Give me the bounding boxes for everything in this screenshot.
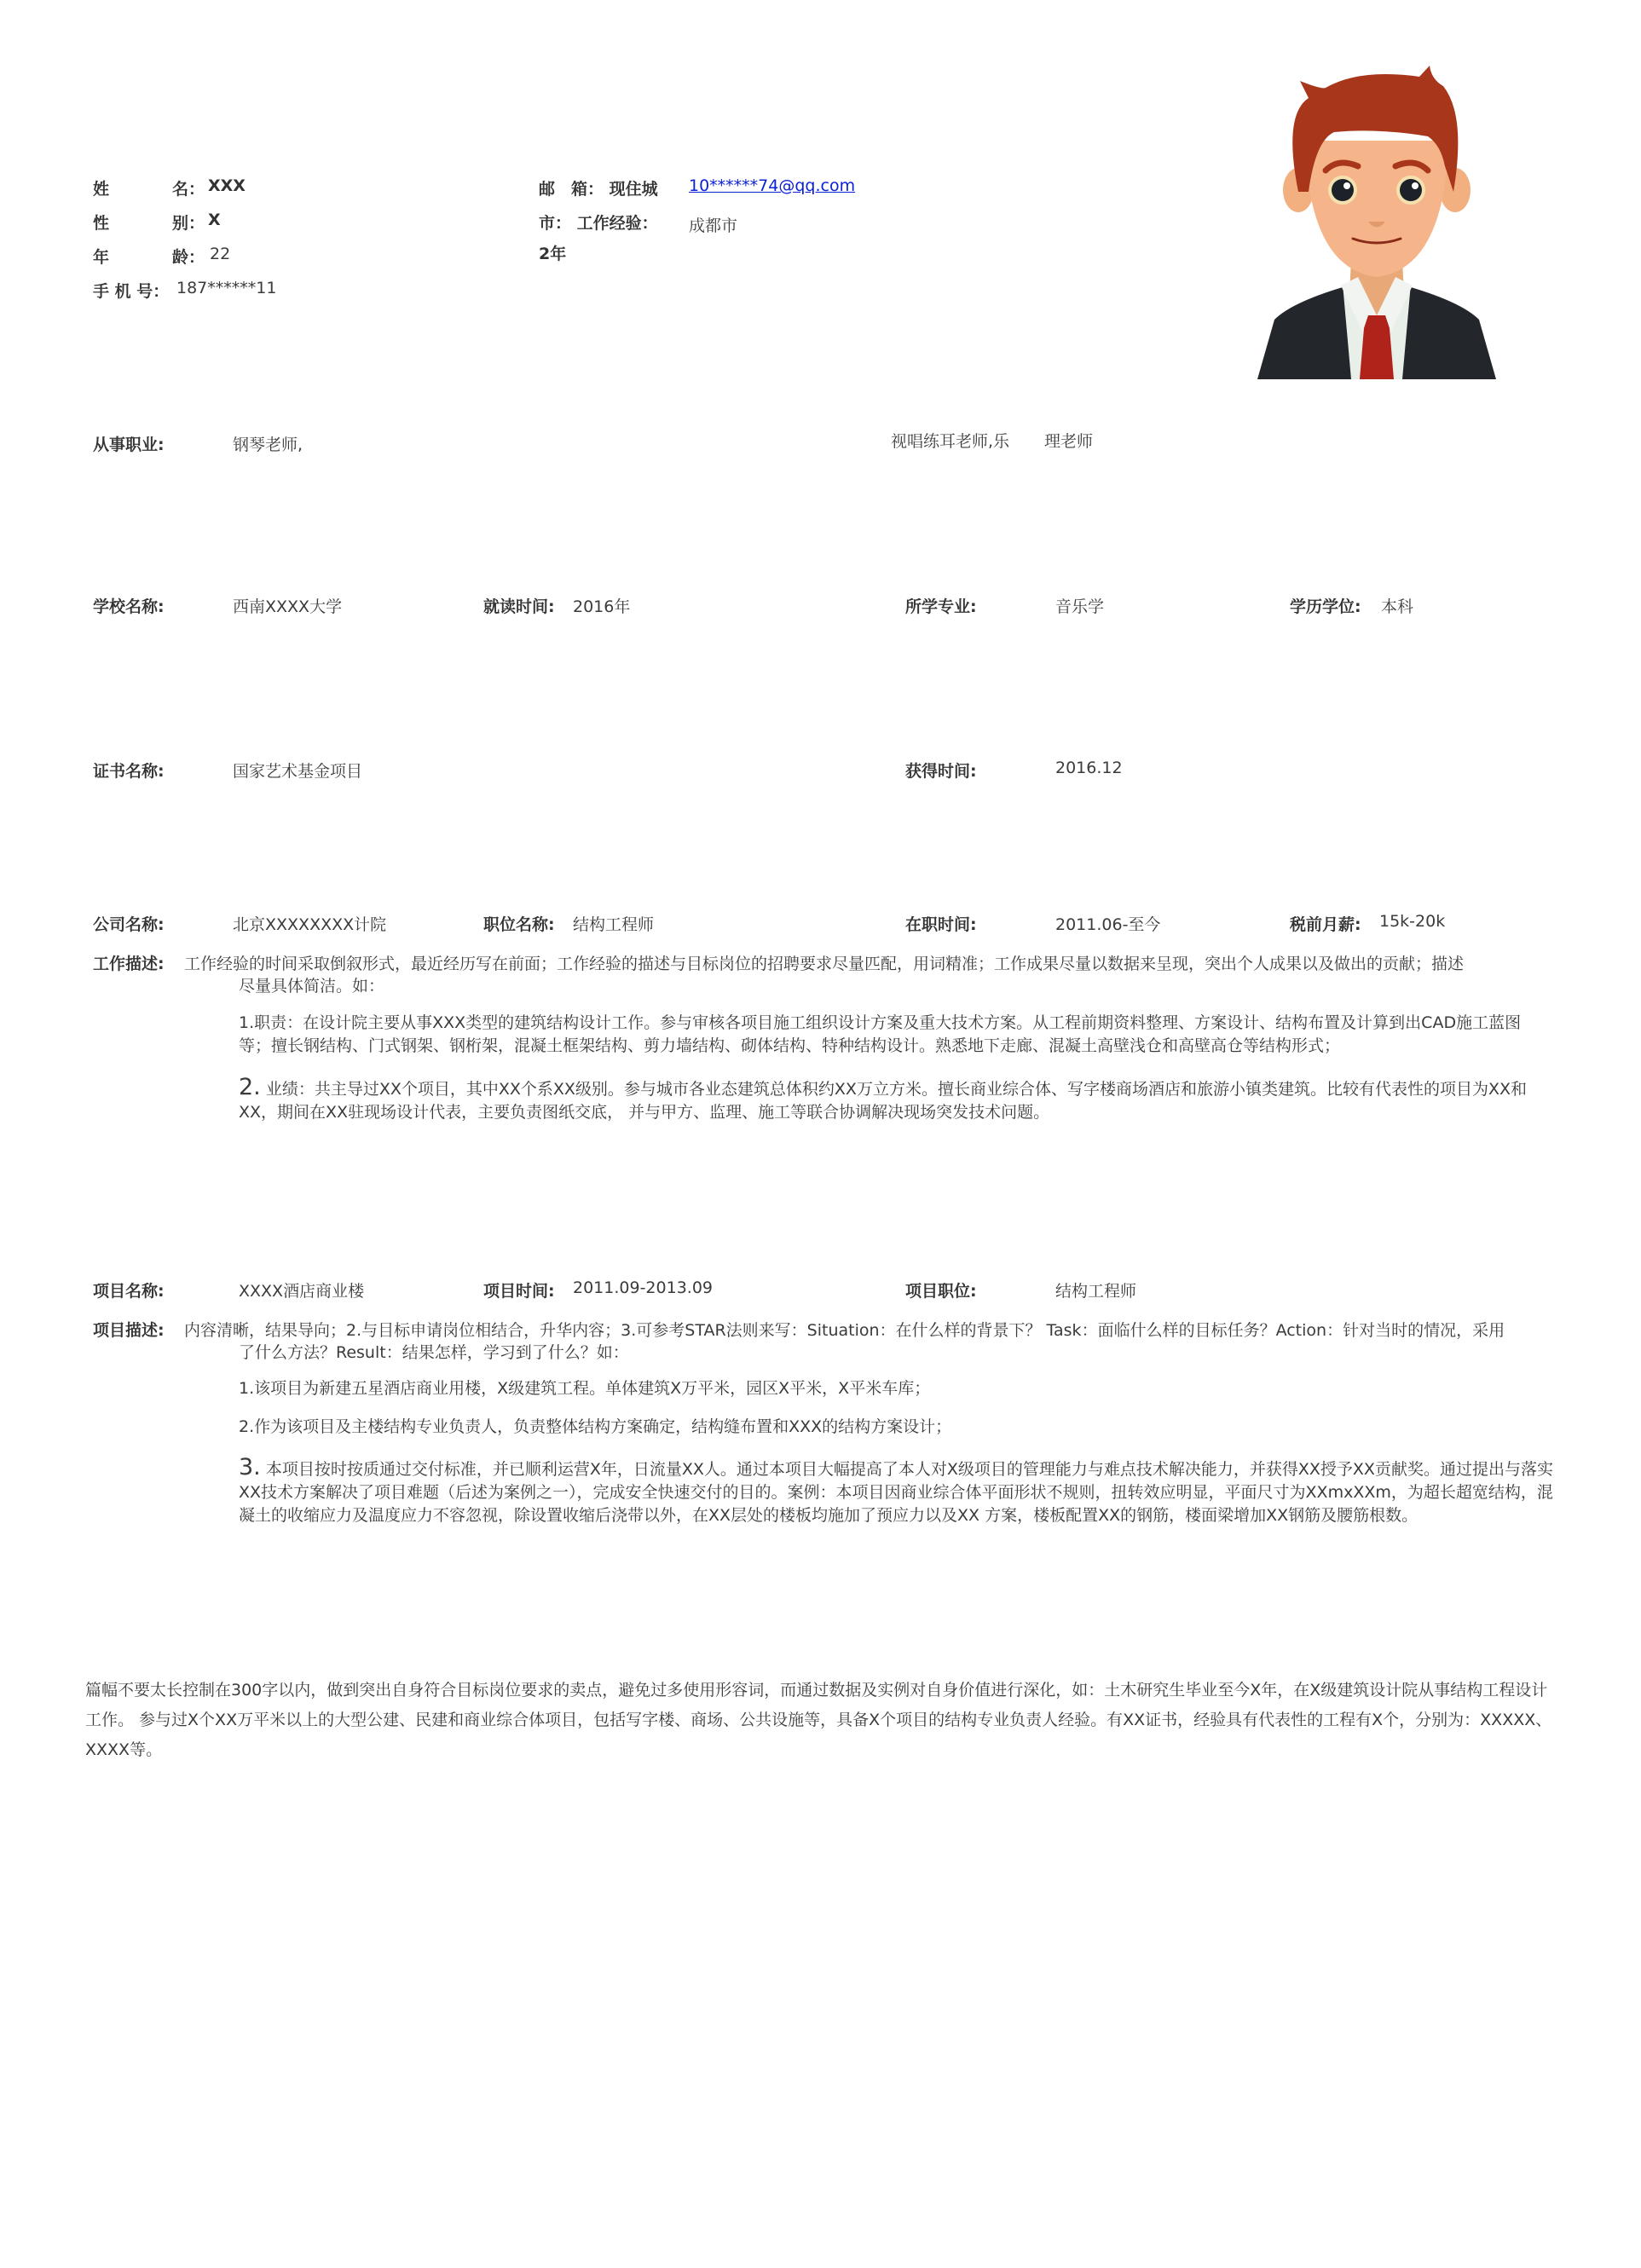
period-label: 就读时间: xyxy=(483,594,555,617)
email-label: 邮 箱： 现住城 xyxy=(539,176,658,199)
name-label-b: 名： xyxy=(172,176,205,199)
major-label: 所学专业: xyxy=(905,594,977,617)
experience-value: 2年 xyxy=(539,241,566,264)
occupation-value-1: 钢琴老师, xyxy=(233,432,303,455)
position-value: 结构工程师 xyxy=(573,912,654,935)
gender-label-b: 别： xyxy=(172,211,205,234)
age-label-b: 龄： xyxy=(172,245,205,268)
email-link[interactable]: 10******74@qq.com xyxy=(689,176,855,195)
work-item-2-number: 2. xyxy=(239,1074,261,1100)
occupation-value-3: 理老师 xyxy=(1044,429,1093,452)
period-value: 2016年 xyxy=(573,594,630,617)
project-item-1: 1.该项目为新建五星酒店商业用楼，X级建筑工程。单体建筑X万平米，园区X平米，X… xyxy=(239,1377,1543,1400)
certificate-name-value: 国家艺术基金项目 xyxy=(233,759,362,782)
project-role-label: 项目职位: xyxy=(905,1278,977,1301)
project-item-3-text: 本项目按时按质通过交付标准，并已顺利运营X年，日流量XX人。通过本项目大幅提高了… xyxy=(239,1460,1553,1525)
project-time-value: 2011.09-2013.09 xyxy=(573,1278,713,1297)
occupation-value-2: 视唱练耳老师,乐 xyxy=(891,429,1009,452)
work-desc-intro-1: 工作经验的时间采取倒叙形式，最近经历写在前面；工作经验的描述与目标岗位的招聘要求… xyxy=(184,951,1464,974)
project-name-label: 项目名称: xyxy=(93,1278,165,1301)
company-value: 北京XXXXXXXX计院 xyxy=(233,912,386,935)
self-evaluation: 篇幅不要太长控制在300字以内，做到突出自身符合目标岗位要求的卖点，避免过多使用… xyxy=(85,1676,1560,1765)
gender-value: X xyxy=(208,211,221,229)
salary-value: 15k-20k xyxy=(1379,912,1445,931)
work-item-achievements: 2. 业绩：共主导过XX个项目，其中XX个系XX级别。参与城市各业态建筑总体积约… xyxy=(239,1076,1543,1124)
city-value: 成都市 xyxy=(689,213,737,236)
project-desc-label: 项目描述: xyxy=(93,1318,165,1341)
phone-label: 手 机 号： xyxy=(93,279,169,302)
work-item-2-text: 业绩：共主导过XX个项目，其中XX个系XX级别。参与城市各业态建筑总体积约XX万… xyxy=(239,1080,1527,1122)
certificate-name-label: 证书名称: xyxy=(93,759,165,782)
work-desc-label: 工作描述: xyxy=(93,951,165,974)
position-label: 职位名称: xyxy=(483,912,555,935)
certificate-date-label: 获得时间: xyxy=(905,759,977,782)
work-item-duties: 1.职责：在设计院主要从事XXX类型的建筑结构设计工作。参与审核各项目施工组织设… xyxy=(239,1012,1543,1058)
work-desc-intro-2: 尽量具体简洁。如： xyxy=(239,973,384,996)
degree-label: 学历学位: xyxy=(1290,594,1361,617)
project-item-2: 2.作为该项目及主楼结构专业负责人，负责整体结构方案确定，结构缝布置和XXX的结… xyxy=(239,1416,1543,1439)
degree-value: 本科 xyxy=(1381,594,1413,617)
project-item-3-number: 3. xyxy=(239,1454,261,1480)
project-name-value: XXXX酒店商业楼 xyxy=(239,1278,364,1301)
project-time-label: 项目时间: xyxy=(483,1278,555,1301)
tenure-label: 在职时间: xyxy=(905,912,977,935)
salary-label: 税前月薪: xyxy=(1290,912,1361,935)
major-value: 音乐学 xyxy=(1055,594,1104,617)
certificate-date-value: 2016.12 xyxy=(1055,759,1123,777)
school-label: 学校名称: xyxy=(93,594,165,617)
city-label: 市： 工作经验： xyxy=(539,211,658,234)
age-value: 22 xyxy=(210,245,230,263)
name-value: XXX xyxy=(208,176,246,195)
project-item-3: 3. 本项目按时按质通过交付标准，并已顺利运营X年，日流量XX人。通过本项目大幅… xyxy=(239,1456,1569,1527)
occupation-label: 从事职业: xyxy=(93,432,165,455)
project-role-value: 结构工程师 xyxy=(1055,1278,1136,1301)
cartoon-man-avatar-icon xyxy=(1249,64,1505,379)
tenure-value: 2011.06-至今 xyxy=(1055,912,1160,935)
age-label-a: 年 xyxy=(93,245,109,268)
project-desc-intro-2: 了什么方法？Result：结果怎样，学习到了什么？如： xyxy=(239,1340,629,1363)
company-label: 公司名称: xyxy=(93,912,165,935)
school-value: 西南XXXX大学 xyxy=(233,594,342,617)
phone-value: 187******11 xyxy=(176,279,276,297)
name-label-a: 姓 xyxy=(93,176,109,199)
project-desc-intro-1: 内容清晰，结果导向；2.与目标申请岗位相结合，升华内容；3.可参考STAR法则来… xyxy=(184,1318,1505,1341)
avatar xyxy=(1249,64,1505,379)
gender-label-a: 性 xyxy=(93,211,109,234)
